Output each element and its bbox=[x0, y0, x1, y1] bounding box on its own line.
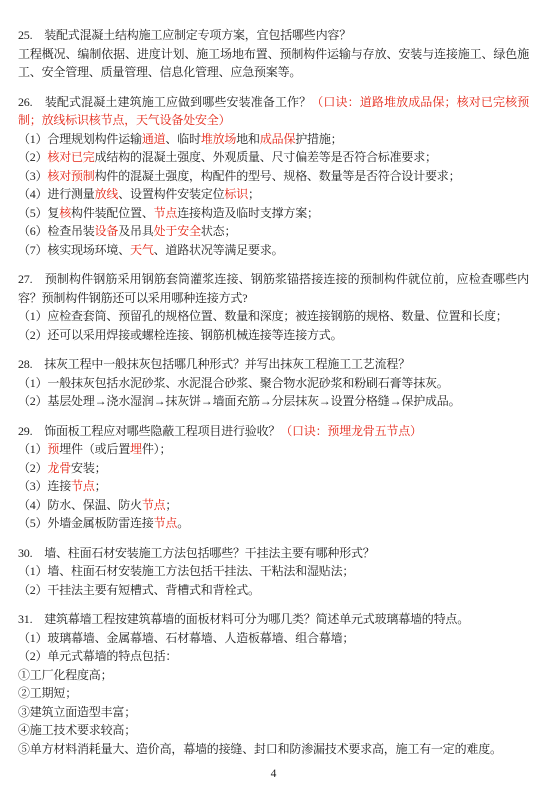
text-run: （6）检查吊装 bbox=[18, 224, 95, 238]
text-run: ； bbox=[165, 498, 177, 512]
paragraph: （2）还可以采用焊接或螺栓连接、钢筋机械连接等连接方式。 bbox=[18, 326, 529, 345]
text-run: （3） bbox=[18, 169, 47, 183]
text-run-red: （口诀：预埋龙骨五节点） bbox=[280, 424, 422, 438]
question-block-q31: 31. 建筑幕墙工程按建筑幕墙的面板材料可分为哪几类？简述单元式玻璃幕墙的特点。… bbox=[18, 610, 529, 758]
text-run: 状态； bbox=[201, 224, 236, 238]
question-block-q27: 27. 预制构件钢筋采用钢筋套筒灌浆连接、钢筋浆锚搭接连接的预制构件就位前，应检… bbox=[18, 270, 529, 344]
text-run-red: 核对已完 bbox=[47, 150, 94, 164]
text-run: 及吊具 bbox=[118, 224, 153, 238]
text-run: 地和 bbox=[236, 132, 260, 146]
paragraph: 工程概况、编制依据、进度计划、施工场地布置、预制构件运输与存放、安装与连接施工、… bbox=[18, 45, 529, 82]
paragraph: ①工厂化程度高； bbox=[18, 666, 529, 685]
text-run-red: 堆放场 bbox=[201, 132, 236, 146]
text-run-red: 节点 bbox=[154, 206, 178, 220]
text-run: （2）干挂法主要有短槽式、背槽式和背栓式。 bbox=[18, 583, 260, 597]
text-run: ④施工技术要求较高； bbox=[18, 723, 136, 737]
text-run: 25. 装配式混凝土结构施工应制定专项方案，宜包括哪些内容？ bbox=[18, 28, 351, 42]
question-block-q29: 29. 饰面板工程应对哪些隐蔽工程项目进行验收？（口诀：预埋龙骨五节点）（1）预… bbox=[18, 422, 529, 533]
paragraph: （5）外墙金属板防雷连接节点。 bbox=[18, 514, 529, 533]
paragraph: （7）核实现场环境、天气、道路状况等满足要求。 bbox=[18, 241, 529, 260]
text-run: 。 bbox=[177, 516, 189, 530]
paragraph: （2）单元式幕墙的特点包括： bbox=[18, 647, 529, 666]
text-run: （4）防水、保温、防火 bbox=[18, 498, 142, 512]
text-run: 31. 建筑幕墙工程按建筑幕墙的面板材料可分为哪几类？简述单元式玻璃幕墙的特点。 bbox=[18, 612, 469, 626]
document-page: 25. 装配式混凝土结构施工应制定专项方案，宜包括哪些内容？工程概况、编制依据、… bbox=[0, 0, 547, 758]
paragraph: 25. 装配式混凝土结构施工应制定专项方案，宜包括哪些内容？ bbox=[18, 26, 529, 45]
paragraph: （3）连接节点； bbox=[18, 477, 529, 496]
text-run-red: 标识 bbox=[224, 187, 248, 201]
text-run: （1）墙、柱面石材安装施工方法包括干挂法、干粘法和湿贴法； bbox=[18, 564, 354, 578]
text-run: （5）外墙金属板防雷连接 bbox=[18, 516, 154, 530]
paragraph: 28. 抹灰工程中一般抹灰包括哪几种形式？并写出抹灰工程施工工艺流程？ bbox=[18, 355, 529, 374]
text-run-red: 天气 bbox=[130, 243, 154, 257]
question-block-q25: 25. 装配式混凝土结构施工应制定专项方案，宜包括哪些内容？工程概况、编制依据、… bbox=[18, 26, 529, 82]
page-footer: 4 bbox=[0, 768, 547, 780]
text-run: 27. 预制构件钢筋采用钢筋套筒灌浆连接、钢筋浆锚搭接连接的预制构件就位前，应检… bbox=[18, 272, 529, 305]
text-run-red: 节点 bbox=[142, 498, 166, 512]
paragraph: （3）核对预制构件的混凝土强度，构配件的型号、规格、数量等是否符合设计要求； bbox=[18, 167, 529, 186]
text-run: （1） bbox=[18, 442, 47, 456]
text-run: ③建筑立面造型丰富； bbox=[18, 705, 136, 719]
text-run: 26. 装配式混凝土建筑施工应做到哪些安装准备工作？ bbox=[18, 95, 311, 109]
text-run: （1）合理规划构件运输 bbox=[18, 132, 142, 146]
text-run-red: 预 bbox=[47, 442, 59, 456]
text-run: 工程概况、编制依据、进度计划、施工场地布置、预制构件运输与存放、安装与连接施工、… bbox=[18, 47, 529, 80]
text-run-red: 放线 bbox=[95, 187, 119, 201]
text-run-red: 埋 bbox=[130, 442, 142, 456]
text-run: （2）还可以采用焊接或螺栓连接、钢筋机械连接等连接方式。 bbox=[18, 328, 342, 342]
text-run-red: 核 bbox=[59, 206, 71, 220]
question-block-q30: 30. 墙、柱面石材安装施工方法包括哪些？干挂法主要有哪种形式？（1）墙、柱面石… bbox=[18, 544, 529, 600]
text-run: 成结构的混凝土强度、外观质量、尺寸偏差等是否符合标准要求； bbox=[95, 150, 437, 164]
paragraph: （2）核对已完成结构的混凝土强度、外观质量、尺寸偏差等是否符合标准要求； bbox=[18, 148, 529, 167]
text-run: 、设置构件安装定位 bbox=[118, 187, 224, 201]
text-run: 、临时 bbox=[165, 132, 200, 146]
paragraph: 27. 预制构件钢筋采用钢筋套筒灌浆连接、钢筋浆锚搭接连接的预制构件就位前，应检… bbox=[18, 270, 529, 307]
question-block-q28: 28. 抹灰工程中一般抹灰包括哪几种形式？并写出抹灰工程施工工艺流程？（1）一般… bbox=[18, 355, 529, 411]
text-run-red: 安全 bbox=[177, 224, 201, 238]
paragraph: （2）干挂法主要有短槽式、背槽式和背栓式。 bbox=[18, 581, 529, 600]
text-run: （7）核实现场环境、 bbox=[18, 243, 130, 257]
text-run: （2）单元式幕墙的特点包括： bbox=[18, 649, 177, 663]
paragraph: （2）基层处理→浇水湿润→抹灰饼→墙面充筋→分层抹灰→设置分格缝→保护成品。 bbox=[18, 392, 529, 411]
text-run-red: 通道 bbox=[142, 132, 166, 146]
text-run: 护措施； bbox=[295, 132, 342, 146]
text-run: 、道路状况等满足要求。 bbox=[154, 243, 284, 257]
text-run: （2） bbox=[18, 461, 47, 475]
text-run-red: 核对预制 bbox=[47, 169, 94, 183]
text-run: ⑤单方材料消耗量大、造价高，幕墙的接缝、封口和防渗漏技术要求高，施工有一定的难度… bbox=[18, 742, 502, 756]
text-run-red: 龙骨 bbox=[47, 461, 71, 475]
text-run-red: 设备 bbox=[95, 224, 119, 238]
paragraph: ②工期短； bbox=[18, 684, 529, 703]
text-run: （4）进行测量 bbox=[18, 187, 95, 201]
text-run: 安装； bbox=[71, 461, 106, 475]
paragraph: （1）一般抹灰包括水泥砂浆、水泥混合砂浆、聚合物水泥砂浆和粉刷石膏等抹灰。 bbox=[18, 374, 529, 393]
paragraph: （1）玻璃幕墙、金属幕墙、石材幕墙、人造板幕墙、组合幕墙； bbox=[18, 629, 529, 648]
paragraph: （1）墙、柱面石材安装施工方法包括干挂法、干粘法和湿贴法； bbox=[18, 562, 529, 581]
text-run-red: 处于 bbox=[154, 224, 178, 238]
paragraph: 26. 装配式混凝土建筑施工应做到哪些安装准备工作？（口诀：道路堆放成品保；核对… bbox=[18, 93, 529, 130]
paragraph: 30. 墙、柱面石材安装施工方法包括哪些？干挂法主要有哪种形式？ bbox=[18, 544, 529, 563]
paragraph: 31. 建筑幕墙工程按建筑幕墙的面板材料可分为哪几类？简述单元式玻璃幕墙的特点。 bbox=[18, 610, 529, 629]
document-content: 25. 装配式混凝土结构施工应制定专项方案，宜包括哪些内容？工程概况、编制依据、… bbox=[0, 0, 547, 758]
paragraph: （4）进行测量放线、设置构件安装定位标识； bbox=[18, 185, 529, 204]
text-run: ； bbox=[95, 479, 107, 493]
paragraph: （6）检查吊装设备及吊具处于安全状态； bbox=[18, 222, 529, 241]
paragraph: （1）合理规划构件运输通道、临时堆放场地和成品保护措施； bbox=[18, 130, 529, 149]
text-run: 埋件（或后置 bbox=[59, 442, 130, 456]
paragraph: （2）龙骨安装； bbox=[18, 459, 529, 478]
text-run: （1）一般抹灰包括水泥砂浆、水泥混合砂浆、聚合物水泥砂浆和粉刷石膏等抹灰。 bbox=[18, 376, 449, 390]
question-block-q26: 26. 装配式混凝土建筑施工应做到哪些安装准备工作？（口诀：道路堆放成品保；核对… bbox=[18, 93, 529, 260]
text-run: 30. 墙、柱面石材安装施工方法包括哪些？干挂法主要有哪种形式？ bbox=[18, 546, 375, 560]
page-number: 4 bbox=[271, 768, 277, 780]
text-run: ； bbox=[248, 187, 260, 201]
text-run: ②工期短； bbox=[18, 686, 77, 700]
text-run-red: 成品保 bbox=[260, 132, 295, 146]
paragraph: ③建筑立面造型丰富； bbox=[18, 703, 529, 722]
text-run: 28. 抹灰工程中一般抹灰包括哪几种形式？并写出抹灰工程施工工艺流程？ bbox=[18, 357, 410, 371]
paragraph: 29. 饰面板工程应对哪些隐蔽工程项目进行验收？（口诀：预埋龙骨五节点） bbox=[18, 422, 529, 441]
text-run: （3）连接 bbox=[18, 479, 71, 493]
text-run: （1）玻璃幕墙、金属幕墙、石材幕墙、人造板幕墙、组合幕墙； bbox=[18, 631, 354, 645]
text-run: 件）； bbox=[142, 442, 171, 456]
text-run: （5）复 bbox=[18, 206, 59, 220]
text-run: （1）应检查套筒、预留孔的规格位置、数量和深度；被连接钢筋的规格、数量、位置和长… bbox=[18, 309, 508, 323]
text-run: 29. 饰面板工程应对哪些隐蔽工程项目进行验收？ bbox=[18, 424, 280, 438]
text-run: 构件装配位置、 bbox=[71, 206, 154, 220]
paragraph: （5）复核构件装配位置、节点连接构造及临时支撑方案； bbox=[18, 204, 529, 223]
text-run: ①工厂化程度高； bbox=[18, 668, 112, 682]
text-run-red: 节点 bbox=[71, 479, 95, 493]
text-run: （2）基层处理→浇水湿润→抹灰饼→墙面充筋→分层抹灰→设置分格缝→保护成品。 bbox=[18, 394, 460, 408]
paragraph: ⑤单方材料消耗量大、造价高，幕墙的接缝、封口和防渗漏技术要求高，施工有一定的难度… bbox=[18, 740, 529, 759]
paragraph: （4）防水、保温、防火节点； bbox=[18, 496, 529, 515]
paragraph: （1）应检查套筒、预留孔的规格位置、数量和深度；被连接钢筋的规格、数量、位置和长… bbox=[18, 307, 529, 326]
text-run-red: 节点 bbox=[154, 516, 178, 530]
paragraph: ④施工技术要求较高； bbox=[18, 721, 529, 740]
text-run: 连接构造及临时支撑方案； bbox=[177, 206, 319, 220]
text-run: 构件的混凝土强度，构配件的型号、规格、数量等是否符合设计要求； bbox=[95, 169, 461, 183]
paragraph: （1）预埋件（或后置埋件）； bbox=[18, 440, 529, 459]
text-run: （2） bbox=[18, 150, 47, 164]
